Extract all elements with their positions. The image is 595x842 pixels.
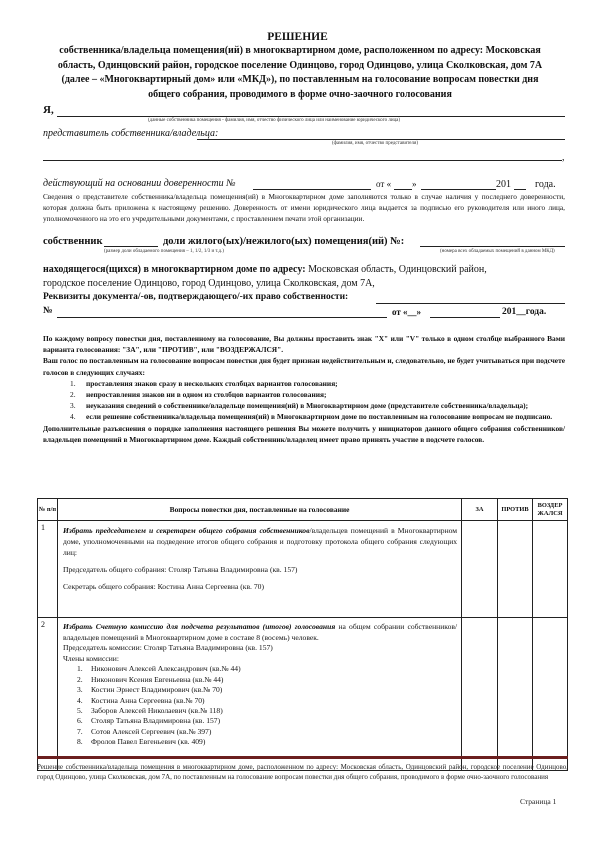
proxy-note: Сведения о представителе собственника/вл…	[43, 191, 565, 224]
table-header-row: № п/п Вопросы повестки дня, поставленные…	[38, 499, 568, 521]
share-label-premises: доли жилого(ых)/нежилого(ых) помещения(и…	[163, 236, 404, 247]
instruction-paragraph-2: Ваш голос по поставленным на голосование…	[43, 355, 565, 377]
premises-numbers-hint: (номера всех обладаемых помещений в данн…	[440, 249, 555, 254]
secretary-line: Секретарь общего собрания: Костина Анна …	[63, 581, 457, 592]
header-abstain: ВОЗДЕР ЖАЛСЯ	[532, 499, 567, 521]
instruction-paragraph-1: По каждому вопросу повестки дня, поставл…	[43, 333, 565, 355]
ownership-doc-field[interactable]	[376, 303, 565, 304]
proxy-from-label: от «	[376, 179, 391, 189]
share-size-hint: (размер доли обладаемого помещения – 1, …	[104, 249, 224, 254]
list-item: 7.Сотов Алексей Сергеевич (кв.№ 397)	[63, 727, 457, 737]
invalid-case-item: 4.если решение собственника/владельца по…	[43, 411, 565, 422]
commission-members-list: 1.Никонович Алексей Александрович (кв.№ …	[63, 664, 457, 747]
header-for: ЗА	[462, 499, 498, 521]
row-number: 2	[38, 618, 58, 771]
document-page: РЕШЕНИЕ собственника/владельца помещения…	[0, 0, 595, 842]
representative-label: представитель собственника/владельца:	[43, 128, 218, 139]
vote-abstain-cell[interactable]	[532, 618, 567, 771]
representative-name-field[interactable]	[197, 139, 565, 140]
proxy-day-field[interactable]	[394, 189, 412, 190]
ownership-doc-from-label: от «__»	[392, 307, 421, 317]
list-item: 5.Заборов Алексей Николаевич (кв.№ 118)	[63, 706, 457, 716]
vote-against-cell[interactable]	[498, 521, 533, 618]
owner-name-hint: (данные собственника помещения - фамилия…	[148, 118, 400, 123]
invalid-case-item: 2.непроставления знаков ни в одном из ст…	[43, 389, 565, 400]
list-item: 6.Столяр Татьяна Владимировна (кв. 157)	[63, 716, 457, 726]
proxy-month-field[interactable]	[421, 189, 496, 190]
proxy-year-prefix: 201	[496, 179, 511, 190]
question-lead: Избрать председателем и секретарем общег…	[63, 526, 310, 535]
address-value-line2: городское поселение Одинцово, город Один…	[43, 278, 375, 289]
address-value-line1: Московская область, Одинцовский район,	[308, 264, 487, 275]
header-question: Вопросы повестки дня, поставленные на го…	[57, 499, 461, 521]
document-title: РЕШЕНИЕ	[0, 31, 595, 43]
commission-members-label: Члены комиссии:	[63, 654, 457, 665]
vote-for-cell[interactable]	[462, 521, 498, 618]
header-against: ПРОТИВ	[498, 499, 533, 521]
chair-line: Председатель общего собрания: Столяр Тат…	[63, 564, 457, 575]
question-text: Избрать Счетную комиссию для подсчета ре…	[57, 618, 461, 771]
list-item: 4.Костина Анна Сергеевна (кв.№ 70)	[63, 696, 457, 706]
question-lead: Избрать Счетную комиссию для подсчета ре…	[63, 622, 335, 631]
instruction-paragraph-3: Дополнительные разъяснения о порядке зап…	[43, 423, 565, 445]
proxy-quote-close: »	[412, 179, 417, 189]
share-label-owner: собственник	[43, 236, 103, 247]
list-item: 3.Костин Эрнест Владимирович (кв.№ 70)	[63, 685, 457, 695]
proxy-number-field[interactable]	[253, 189, 371, 190]
share-size-field[interactable]	[104, 246, 158, 247]
owner-name-field[interactable]	[57, 116, 565, 117]
list-item: 1.Никонович Алексей Александрович (кв.№ …	[63, 664, 457, 674]
invalid-case-item: 1.проставления знаков сразу в нескольких…	[43, 378, 565, 389]
row-number: 1	[38, 521, 58, 618]
representative-name-hint: (фамилия, имя, отчество представителя)	[332, 141, 418, 146]
voting-instructions: По каждому вопросу повестки дня, поставл…	[43, 333, 565, 445]
representative-extra-field[interactable]	[43, 160, 562, 161]
voting-table: № п/п Вопросы повестки дня, поставленные…	[37, 498, 568, 771]
proxy-label: действующий на основании доверенности №	[43, 178, 236, 189]
commission-chair-line: Председатель комиссии: Столяр Татьяна Вл…	[63, 643, 457, 654]
address-label: находящегося(щихся) в многоквартирном до…	[43, 264, 306, 275]
table-row: 1 Избрать председателем и секретарем общ…	[38, 521, 568, 618]
ownership-doc-label: Реквизиты документа/-ов, подтверждающего…	[43, 292, 348, 302]
proxy-year-field[interactable]	[514, 189, 526, 190]
invalid-cases-list: 1.проставления знаков сразу в нескольких…	[43, 378, 565, 423]
ownership-doc-year: 201__года.	[502, 307, 546, 317]
vote-against-cell[interactable]	[498, 618, 533, 771]
premises-numbers-field[interactable]	[420, 246, 565, 247]
ownership-doc-number-label: №	[43, 306, 53, 316]
header-number: № п/п	[38, 499, 58, 521]
owner-label: Я,	[43, 104, 54, 116]
vote-for-cell[interactable]	[462, 618, 498, 771]
vote-abstain-cell[interactable]	[532, 521, 567, 618]
footer-divider	[37, 756, 568, 759]
representative-trailing-comma: ,	[562, 152, 565, 163]
list-item: 2.Никонович Ксения Евгеньевна (кв.№ 44)	[63, 675, 457, 685]
document-subtitle: собственника/владельца помещения(ий) в м…	[55, 44, 545, 102]
property-address: находящегося(щихся) в многоквартирном до…	[43, 263, 565, 291]
list-item: 8.Фролов Павел Евгеньевич (кв. 409)	[63, 737, 457, 747]
question-text: Избрать председателем и секретарем общег…	[57, 521, 461, 618]
invalid-case-item: 3.неуказания сведений о собственнике/вла…	[43, 400, 565, 411]
proxy-year-suffix: года.	[535, 179, 556, 190]
ownership-doc-month-field[interactable]	[430, 317, 500, 318]
footer-text: Решение собственника/владельца помещения…	[37, 762, 568, 782]
table-row: 2 Избрать Счетную комиссию для подсчета …	[38, 618, 568, 771]
page-number: Страница 1	[520, 797, 556, 806]
ownership-doc-number-field[interactable]	[57, 317, 387, 318]
